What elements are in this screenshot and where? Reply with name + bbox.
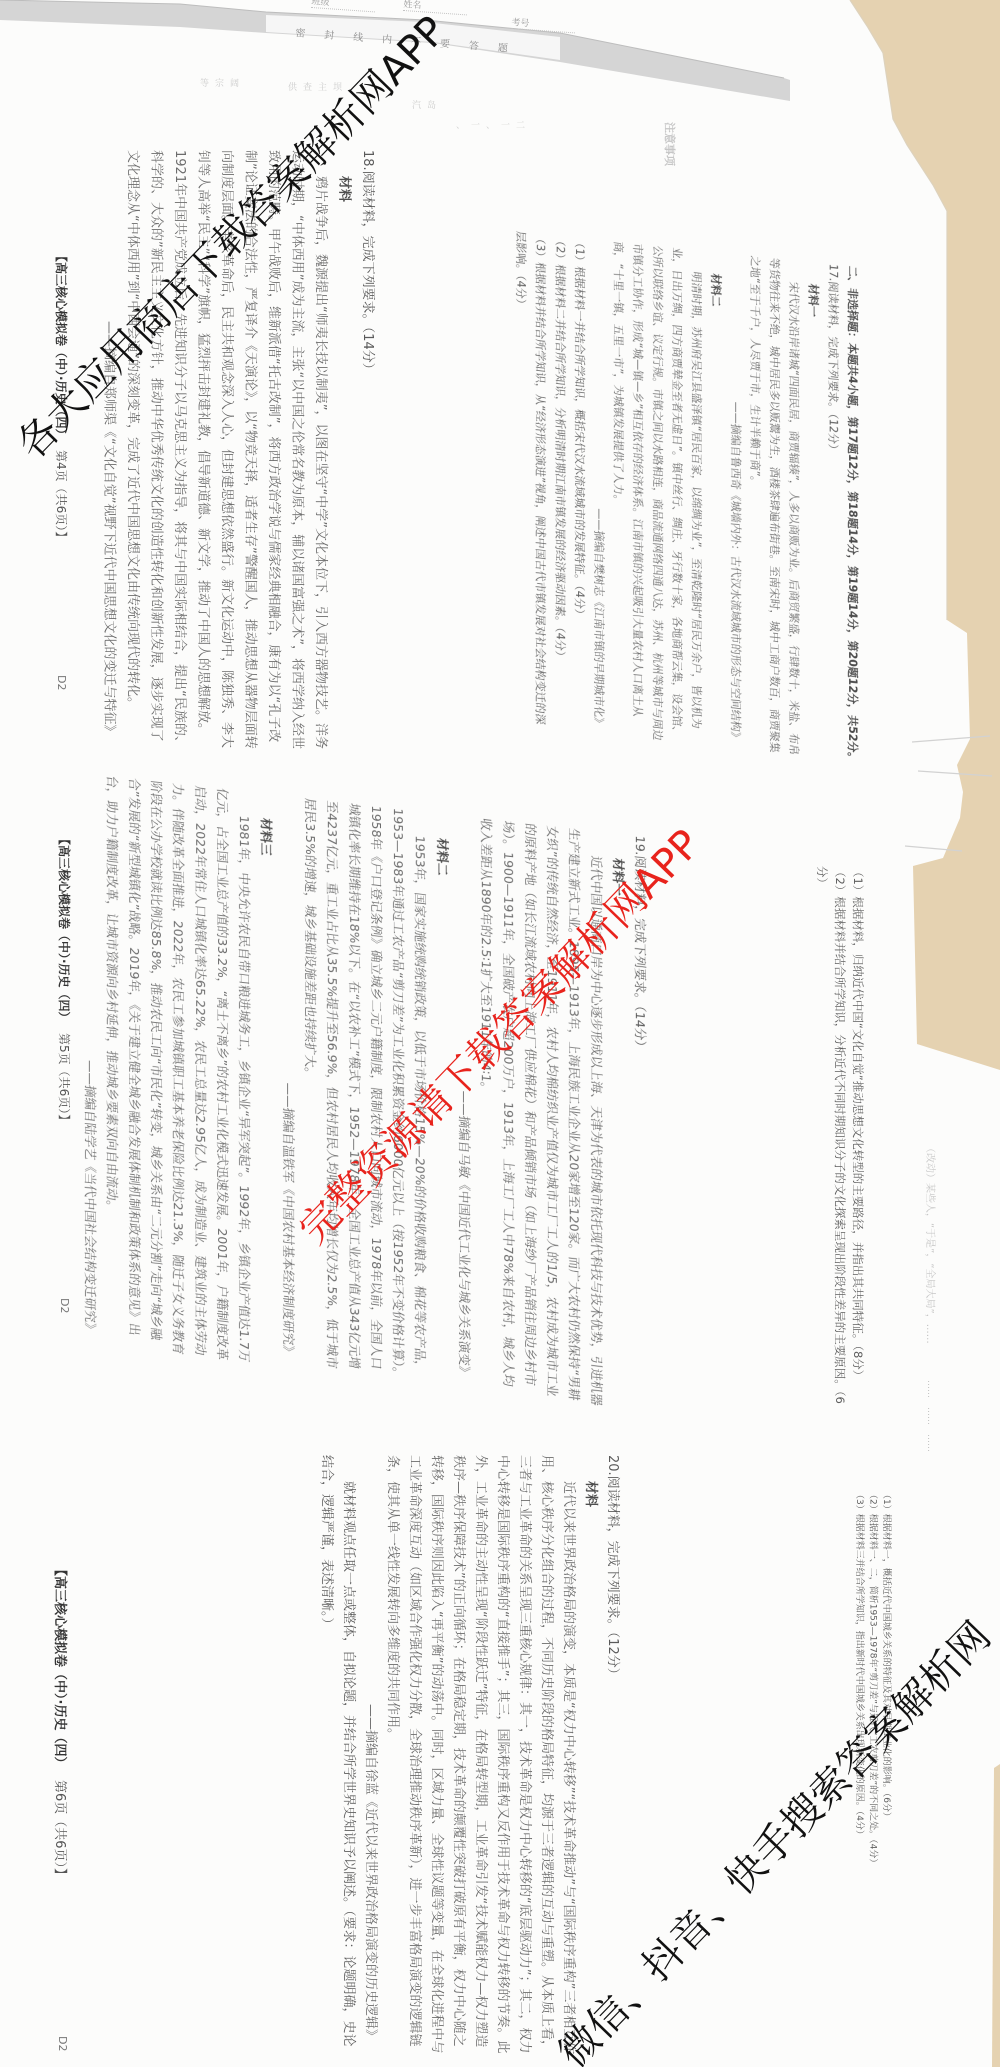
page5-question19-block: 19.阅读材料，完成下列要求。（14分） 材料一 近代中国以通商口岸为中心逐步形… bbox=[71, 771, 651, 1412]
question-17-title: 17.阅读材料，完成下列要求。（12分） bbox=[823, 263, 843, 765]
bleed-through-margin-note: …… …… …… bbox=[925, 1380, 938, 1452]
material-source: ——摘编自温铁军《中国农村基本经济制度研究》 bbox=[277, 794, 299, 1372]
material-text: 近代以来世界政治格局的演变，本质是“权力中心转移”“技术革命推动”与“国际秩序重… bbox=[381, 1455, 579, 2055]
footer-page-number: 第4页（共6页）】 bbox=[53, 450, 70, 543]
material-source: ——摘编自徐蓝《近代以来世界政治格局演变的历史逻辑》 bbox=[359, 1455, 381, 2055]
subquestion: （1）根据材料，归纳近代中国“文化自觉”推动思想文化转型的主要路径，并指出其共同… bbox=[849, 866, 867, 1406]
material-text: 宋代汉水沿岸诸城“四面民居，商贾辐辏”，人多以商贩为业。后商贸繁盛，行肆数十，米… bbox=[745, 255, 804, 761]
material-text: 明清时期，苏州府吴江县盛泽镇“居民百家，以绵绸为业”，至清乾隆时“居民万余户，皆… bbox=[609, 240, 707, 750]
subquestion: （1）根据材料一，概括近代中国城乡关系的特征及其对早期工业化的影响。（6分） bbox=[879, 1490, 893, 1870]
page5-footer: 【高三核心模拟卷（中）·历史（四）第5页（共6页）】 bbox=[56, 833, 73, 1126]
page5-question18-subquestions: （1）根据材料，归纳近代中国“文化自觉”推动思想文化转型的主要路径，并指出其共同… bbox=[807, 866, 867, 1406]
seal-line-band: 密封线内不要答题 班级 姓名 考号 bbox=[0, 0, 1000, 130]
material-label: 材料 bbox=[332, 150, 356, 750]
subquestion: （2）根据材料一、二，简析1953—1978年“剪刀差”与近代“工农剪刀差”的不… bbox=[865, 1490, 879, 1870]
essay-prompt: 就材料观点任取一点或整体，自拟论题，并结合所学世界史知识予以阐述。（要求：论题明… bbox=[315, 1455, 359, 2055]
bleed-through-text: 供查主坝 bbox=[288, 80, 348, 93]
material-text: 1953年，国家实施统购统销政策，以低于市场价格15%—20%的价格收购粮食、棉… bbox=[299, 797, 431, 1387]
footer-page-number: 第6页（共6页）】 bbox=[52, 1780, 71, 1881]
page5-code: D2 bbox=[58, 1298, 71, 1313]
desk-surface-top-right bbox=[850, 0, 1000, 1070]
question-18-title: 18.阅读材料，完成下列要求。（14分） bbox=[356, 150, 380, 750]
page6-code: D2 bbox=[56, 2036, 69, 2051]
bleed-through-text: 汽岛 bbox=[412, 98, 442, 111]
subquestion: （3）根据材料三并结合所学知识，指出新时代中国城乡关系出现新变化的原因。（4分） bbox=[852, 1490, 866, 1870]
section-heading: 二、非选择题：本题共4小题，第17题12分，第18题14分，第19题14分，第2… bbox=[843, 265, 863, 767]
question-20-title: 20.阅读材料，完成下列要求。（12分） bbox=[601, 1455, 623, 2055]
subquestion: （1）根据材料一并结合所学知识，概括宋代汉水流域城市的发展特征。（4分） bbox=[570, 236, 590, 738]
material-text: 近代中国以通商口岸为中心逐步形成以上海、天津为代表的城市依托现代科技与技术优势，… bbox=[475, 817, 607, 1407]
subquestion: （2）根据材料并结合所学知识，分析近代不同时期知识分子的文化探索呈现出阶段性差异… bbox=[813, 866, 849, 1406]
page4-code: D2 bbox=[55, 675, 68, 690]
material-text: 1981年，中央允许农民自带口粮进城务工，乡镇企业“异军突起”。1992年，乡镇… bbox=[101, 774, 255, 1367]
material-source: ——摘编自樊树志《江南市镇的早期城市化》 bbox=[589, 238, 609, 740]
page6-question20-block: 20.阅读材料，完成下列要求。（12分） 材料 近代以来世界政治格局的演变，本质… bbox=[303, 1455, 623, 2055]
subquestion: （3）根据材料并结合所学知识，从“经济形态演进”视角，阐述中国古代市镇发展对社会… bbox=[511, 230, 550, 734]
bleed-through-text: 等宗阔 bbox=[200, 76, 245, 89]
material-label: 材料 bbox=[579, 1455, 601, 2055]
page4-question17-block: 二、非选择题：本题共4小题，第17题12分，第18题14分，第19题14分，第2… bbox=[502, 229, 862, 767]
subquestion: （2）根据材料二并结合所学知识，分析明清时期江南市镇发展的经济驱动因素。（4分） bbox=[550, 234, 570, 736]
bleed-through-margin-note: （改动）某些人，“于是”，“全局大局”，…… bbox=[924, 1143, 939, 1344]
page6-question19-subquestions: （1）根据材料一，概括近代中国城乡关系的特征及其对早期工业化的影响。（6分） （… bbox=[847, 1490, 892, 1870]
material-source: ——摘编自郑师渠《“文化自觉”视野下近代中国思想文化的变迁与特征》 bbox=[97, 150, 121, 750]
footer-page-number: 第5页（共6页）】 bbox=[56, 1033, 73, 1126]
bleed-through-notice-title: 注意事项 bbox=[662, 122, 678, 166]
footer-series: 【高三核心模拟卷（中）·历史（四） bbox=[52, 1563, 67, 1769]
material-source: ——摘编自鲁西奇《城墙内外：古代汉水流域城市的形态与空间结构》 bbox=[726, 253, 746, 755]
material-source: ——摘编自陆学艺《当代中国社会结构变迁研究》 bbox=[79, 772, 101, 1350]
footer-series: 【高三核心模拟卷（中）·历史（四） bbox=[57, 833, 71, 1024]
material-label: 材料一 bbox=[804, 261, 824, 763]
seal-band-shape bbox=[0, 0, 1000, 130]
material-label: 材料二 bbox=[706, 251, 726, 753]
desk-surface-bottom-right bbox=[992, 1764, 1000, 2067]
page6-footer: 【高三核心模拟卷（中）·历史（四）第6页（共6页）】 bbox=[52, 1563, 71, 1881]
bleed-through-text: 、一、一二 bbox=[456, 118, 531, 131]
material-label: 材料三 bbox=[255, 792, 277, 1370]
